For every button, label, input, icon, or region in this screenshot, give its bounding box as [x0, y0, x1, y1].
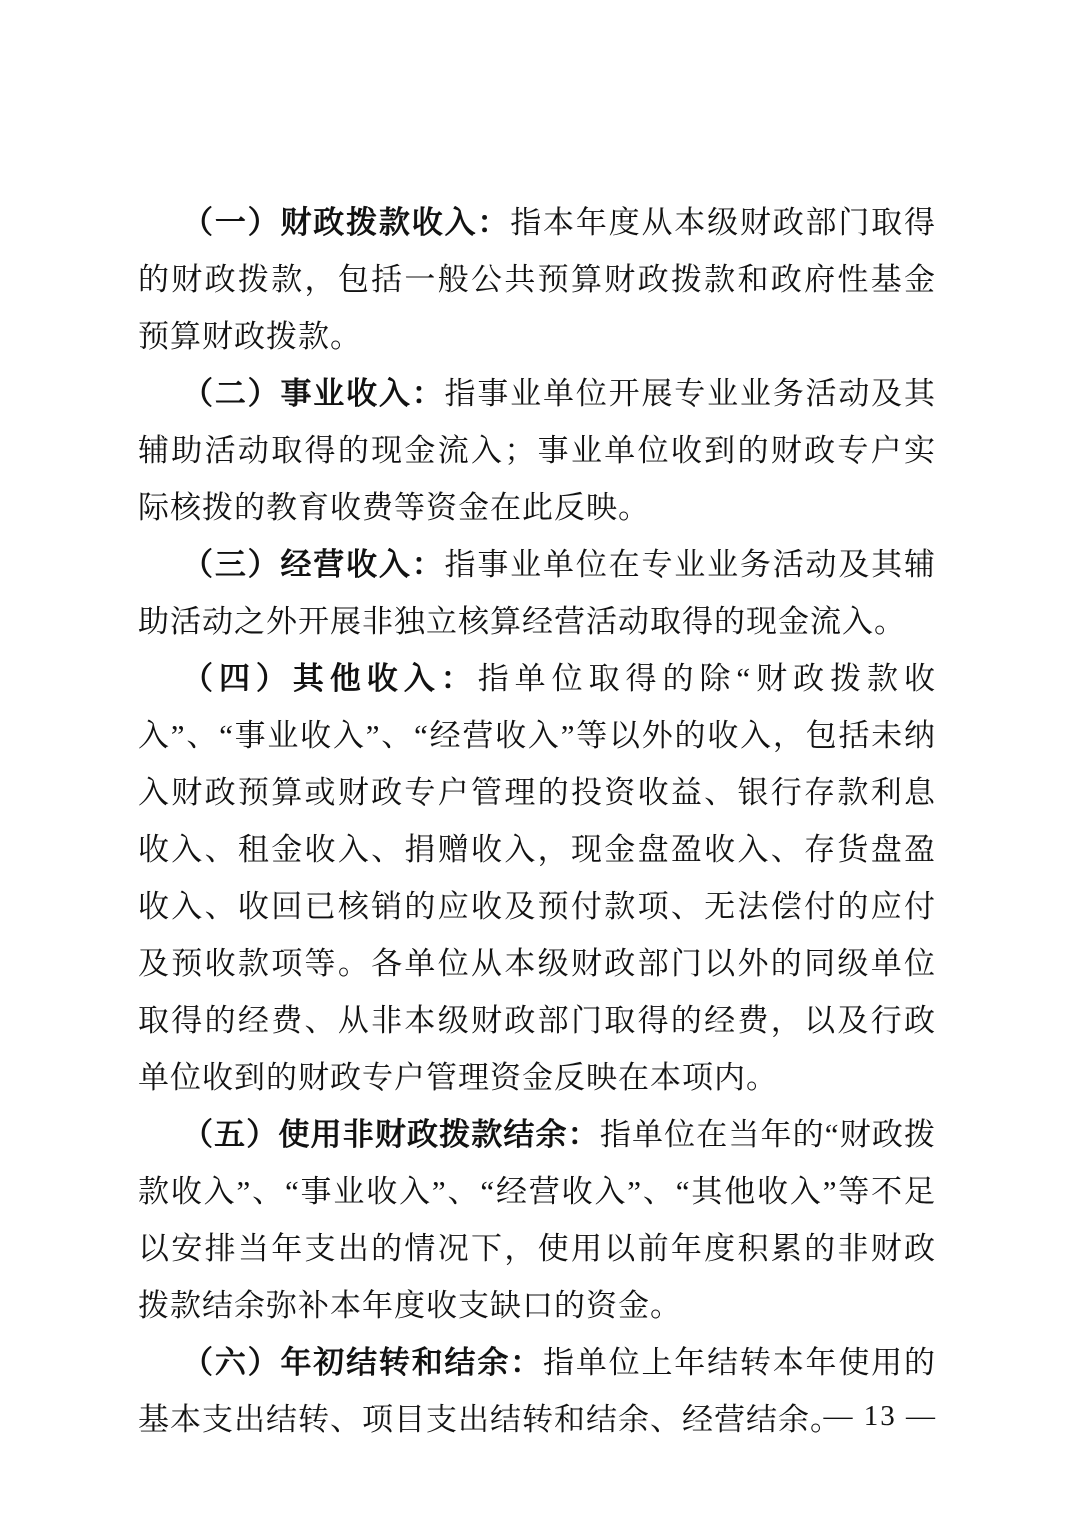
paragraph-use-of-non-fiscal-surplus: （五）使用非财政拨款结余：指单位在当年的“财政拨款收入”、“事业收入”、“经营收…	[138, 1106, 936, 1334]
paragraph-operating-income: （三）经营收入：指事业单位在专业业务活动及其辅助活动之外开展非独立核算经营活动取…	[138, 536, 936, 650]
paragraph-business-income: （二）事业收入：指事业单位开展专业业务活动及其辅助活动取得的现金流入；事业单位收…	[138, 365, 936, 536]
term-heading-1: （一）财政拨款收入：	[182, 205, 510, 240]
document-body: （一）财政拨款收入：指本年度从本级财政部门取得的财政拨款，包括一般公共预算财政拨…	[138, 194, 936, 1448]
paragraph-carryover-and-surplus: （六）年初结转和结余：指单位上年结转本年使用的基本支出结转、项目支出结转和结余、…	[138, 1334, 936, 1448]
paragraph-other-income: （四）其他收入：指单位取得的除“财政拨款收入”、“事业收入”、“经营收入”等以外…	[138, 650, 936, 1106]
term-heading-2: （二）事业收入：	[182, 376, 445, 411]
document-page: （一）财政拨款收入：指本年度从本级财政部门取得的财政拨款，包括一般公共预算财政拨…	[0, 0, 1075, 1520]
page-number: — 13 —	[824, 1396, 938, 1436]
paragraph-fiscal-appropriation-income: （一）财政拨款收入：指本年度从本级财政部门取得的财政拨款，包括一般公共预算财政拨…	[138, 194, 936, 365]
term-heading-4: （四）其他收入：	[182, 661, 478, 696]
term-heading-3: （三）经营收入：	[182, 547, 445, 582]
term-definition-4: 指单位取得的除“财政拨款收入”、“事业收入”、“经营收入”等以外的收入，包括未纳…	[138, 661, 936, 1095]
term-heading-5: （五）使用非财政拨款结余：	[182, 1117, 600, 1152]
term-heading-6: （六）年初结转和结余：	[182, 1345, 543, 1380]
